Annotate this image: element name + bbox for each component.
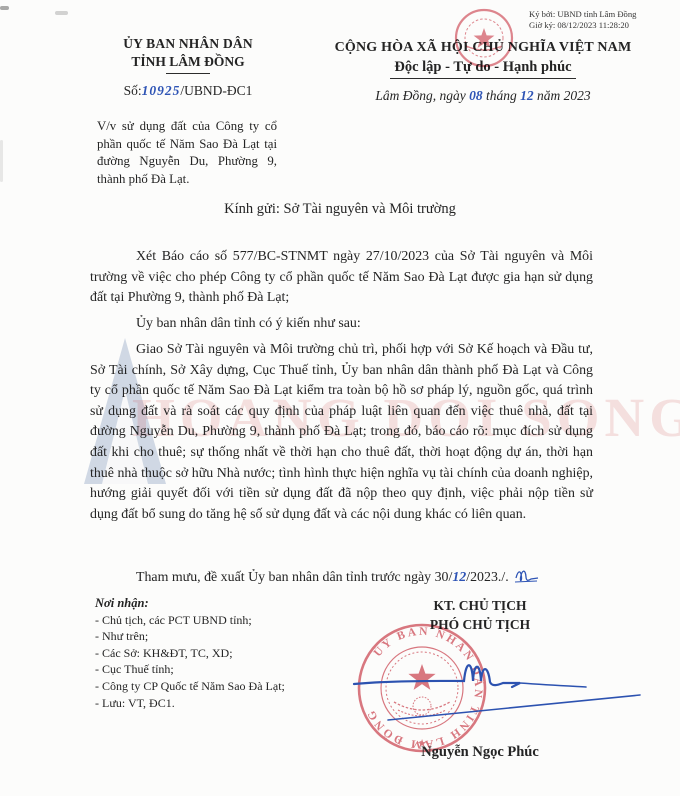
signer-name: Nguyễn Ngọc Phúc: [363, 744, 597, 761]
recipient-item: - Cục Thuế tỉnh;: [95, 661, 345, 678]
issuing-agency-line1: ỦY BAN NHÂN DÂN: [86, 36, 290, 52]
signed-time-line: Giờ ký: 08/12/2023 11:28:20: [529, 20, 679, 31]
recipient-line: Kính gửi: Sở Tài nguyên và Môi trường: [150, 201, 530, 218]
handwritten-initials-icon: [513, 567, 543, 585]
issuing-agency-line2: TỈNH LÂM ĐỒNG: [86, 54, 290, 70]
paragraph-consideration: Xét Báo cáo số 577/BC-STNMT ngày 27/10/2…: [90, 247, 593, 309]
place-date-line: Lâm Đồng, ngày 08 tháng 12 năm 2023: [303, 88, 663, 104]
recipient-item: - Công ty CP Quốc tế Năm Sao Đà Lạt;: [95, 678, 345, 695]
scan-artifact: [0, 6, 9, 10]
handwritten-month: 12: [520, 88, 534, 103]
handwritten-doc-number: 10925: [142, 83, 181, 98]
digital-signature-info: Ký bởi: UBND tỉnh Lâm Đồng Giờ ký: 08/12…: [529, 9, 679, 30]
paragraph-main-directive: Giao Sở Tài nguyên và Môi trường chủ trì…: [90, 340, 593, 525]
paragraph-deadline: Tham mưu, đề xuất Ủy ban nhân dân tỉnh t…: [90, 567, 593, 589]
recipients-list-block: Nơi nhận: - Chủ tịch, các PCT UBND tỉnh;…: [95, 595, 345, 711]
paragraph-opinion-intro: Ủy ban nhân dân tỉnh có ý kiến như sau:: [90, 314, 593, 335]
recipient-item: - Chủ tịch, các PCT UBND tỉnh;: [95, 612, 345, 629]
scanned-official-letter: { "signer_info": { "line1": "Ký bởi: UBN…: [0, 0, 680, 796]
document-number: Số:10925/UBND-ĐC1: [86, 83, 290, 99]
signature-title-line1: KT. CHỦ TỊCH: [373, 597, 587, 616]
handwritten-signature-icon: [348, 648, 648, 730]
recipient-item: - Lưu: VT, ĐC1.: [95, 695, 345, 712]
recipient-item: - Như trên;: [95, 628, 345, 645]
scan-artifact: [0, 140, 3, 182]
issuing-agency-block: ỦY BAN NHÂN DÂN TỈNH LÂM ĐỒNG Số:10925/U…: [86, 36, 290, 99]
signed-by-line: Ký bởi: UBND tỉnh Lâm Đồng: [529, 9, 679, 20]
recipients-list-header: Nơi nhận:: [95, 595, 345, 612]
header-rule: [166, 73, 210, 74]
handwritten-deadline-month: 12: [452, 570, 466, 585]
small-red-seal-icon: [452, 6, 516, 70]
handwritten-day: 08: [469, 88, 483, 103]
recipient-item: - Các Sở: KH&ĐT, TC, XD;: [95, 645, 345, 662]
subject-line: V/v sử dụng đất của Công ty cổ phần quốc…: [97, 118, 277, 189]
scan-artifact: [55, 11, 68, 15]
